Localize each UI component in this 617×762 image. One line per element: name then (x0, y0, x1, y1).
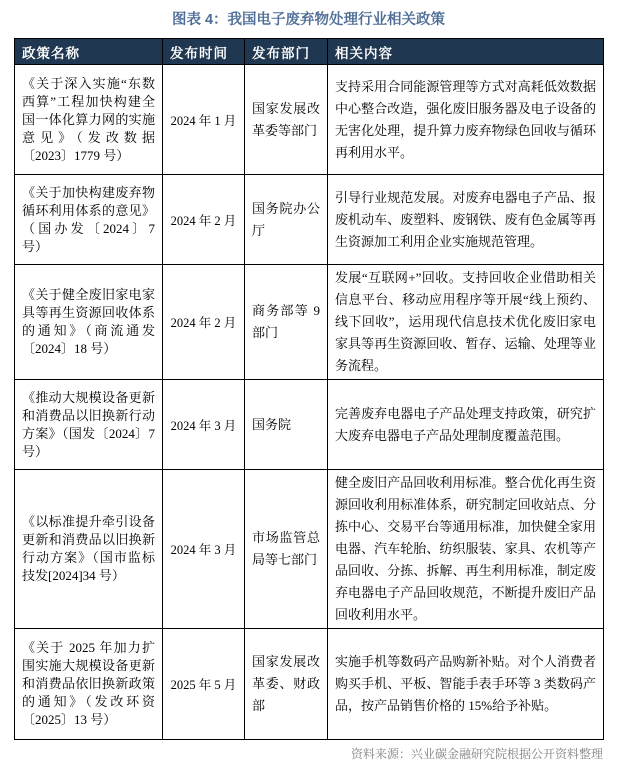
table-row: 《关于加快构建废弃物循环利用体系的意见》（国办发〔2024〕7 号） 2024 … (15, 175, 604, 265)
column-header-publish-date: 发布时间 (163, 39, 245, 65)
table-body: 《关于深入实施“东数西算”工程加快构建全国一体化算力网的实施意见》（发改数据〔2… (15, 65, 604, 740)
policy-name-cell: 《关于健全废旧家电家具等再生资源回收体系的通知》（商流通发〔2024〕18 号） (15, 265, 163, 380)
publish-dept-cell: 商务部等 9 部门 (245, 265, 328, 380)
table-row: 《关于深入实施“东数西算”工程加快构建全国一体化算力网的实施意见》（发改数据〔2… (15, 65, 604, 175)
publish-date-cell: 2024 年 3 月 (163, 380, 245, 470)
publish-date-cell: 2025 年 5 月 (163, 629, 245, 740)
publish-dept-cell: 国家发展改革委、财政部 (245, 629, 328, 740)
column-header-policy-name: 政策名称 (15, 39, 163, 65)
policy-name-cell: 《以标准提升牵引设备更新和消费品以旧换新行动方案》（国市监标技发[2024]34… (15, 470, 163, 629)
table-row: 《推动大规模设备更新和消费品以旧换新行动方案》（国发〔2024〕7 号） 202… (15, 380, 604, 470)
related-content-cell: 实施手机等数码产品购新补贴。对个人消费者购买手机、平板、智能手表手环等 3 类数… (328, 629, 604, 740)
table-row: 《关于 2025 年加力扩围实施大规模设备更新和消费品依旧换新政策的通知》（发改… (15, 629, 604, 740)
source-attribution: 资料来源：兴业碳金融研究院根据公开资料整理 (0, 740, 603, 762)
publish-dept-cell: 国务院 (245, 380, 328, 470)
policy-name-cell: 《推动大规模设备更新和消费品以旧换新行动方案》（国发〔2024〕7 号） (15, 380, 163, 470)
policy-name-cell: 《关于 2025 年加力扩围实施大规模设备更新和消费品依旧换新政策的通知》（发改… (15, 629, 163, 740)
publish-dept-cell: 国家发展改革委等部门 (245, 65, 328, 175)
related-content-cell: 发展“互联网+”回收。支持回收企业借助相关信息平台、移动应用程序等开展“线上预约… (328, 265, 604, 380)
publish-date-cell: 2024 年 2 月 (163, 265, 245, 380)
column-header-publish-dept: 发布部门 (245, 39, 328, 65)
header-row: 政策名称 发布时间 发布部门 相关内容 (15, 39, 604, 65)
publish-date-cell: 2024 年 3 月 (163, 470, 245, 629)
policy-table: 政策名称 发布时间 发布部门 相关内容 《关于深入实施“东数西算”工程加快构建全… (14, 38, 604, 740)
policy-name-cell: 《关于加快构建废弃物循环利用体系的意见》（国办发〔2024〕7 号） (15, 175, 163, 265)
table-header: 政策名称 发布时间 发布部门 相关内容 (15, 39, 604, 65)
related-content-cell: 引导行业规范发展。对废弃电器电子产品、报废机动车、废塑料、废钢铁、废有色金属等再… (328, 175, 604, 265)
figure-title: 图表 4：我国电子废弃物处理行业相关政策 (0, 0, 617, 38)
related-content-cell: 支持采用合同能源管理等方式对高耗低效数据中心整合改造，强化废旧服务器及电子设备的… (328, 65, 604, 175)
publish-dept-cell: 市场监管总局等七部门 (245, 470, 328, 629)
related-content-cell: 健全废旧产品回收利用标准。整合优化再生资源回收利用标准体系，研究制定回收站点、分… (328, 470, 604, 629)
column-header-related-content: 相关内容 (328, 39, 604, 65)
publish-date-cell: 2024 年 2 月 (163, 175, 245, 265)
table-row: 《关于健全废旧家电家具等再生资源回收体系的通知》（商流通发〔2024〕18 号）… (15, 265, 604, 380)
policy-name-cell: 《关于深入实施“东数西算”工程加快构建全国一体化算力网的实施意见》（发改数据〔2… (15, 65, 163, 175)
related-content-cell: 完善废弃电器电子产品处理支持政策，研究扩大废弃电器电子产品处理制度覆盖范围。 (328, 380, 604, 470)
table-row: 《以标准提升牵引设备更新和消费品以旧换新行动方案》（国市监标技发[2024]34… (15, 470, 604, 629)
publish-dept-cell: 国务院办公厅 (245, 175, 328, 265)
publish-date-cell: 2024 年 1 月 (163, 65, 245, 175)
